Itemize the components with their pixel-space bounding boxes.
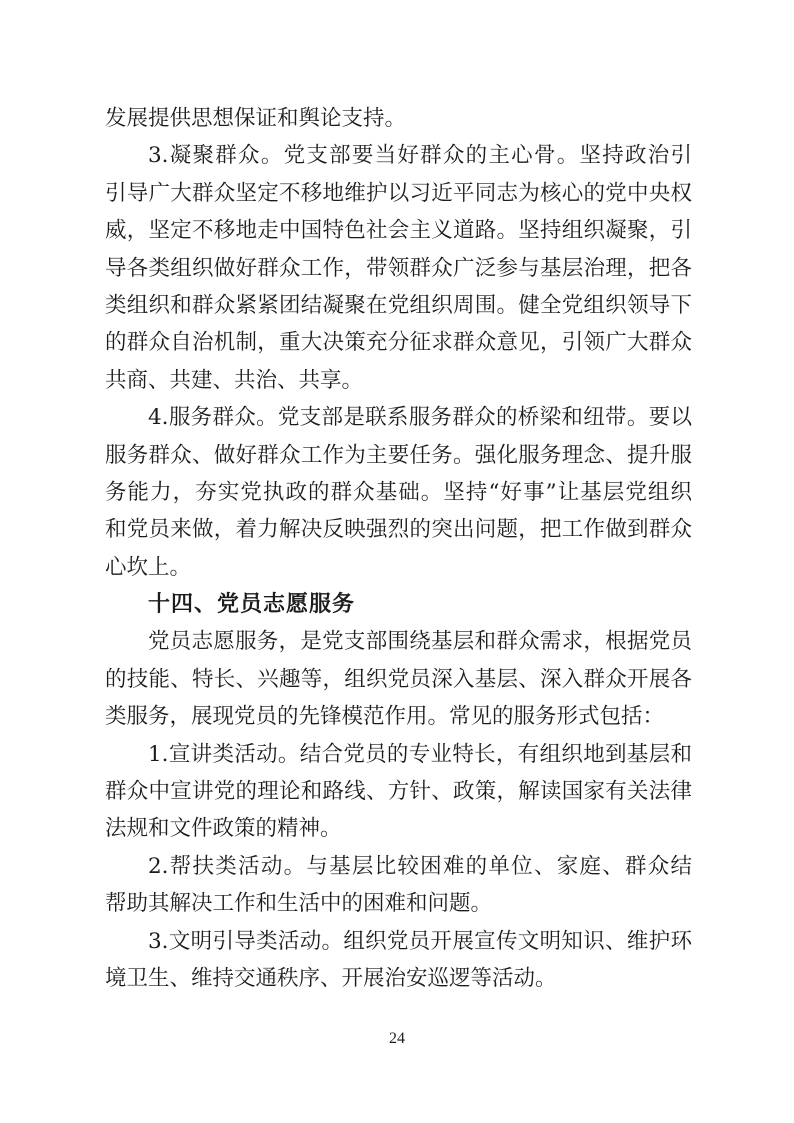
paragraph: 3.凝聚群众。党支部要当好群众的主心骨。坚持政治引领，引导广大群众坚定不移地维护…: [105, 137, 692, 399]
text-line: 发展提供思想保证和舆论支持。: [105, 100, 692, 137]
text-line: 3.文明引导类活动。组织党员开展宣传文明知识、维护环: [105, 923, 692, 960]
text-line: 类服务，展现党员的先锋模范作用。常见的服务形式包括：: [105, 698, 692, 735]
text-line: 2.帮扶类活动。与基层比较困难的单位、家庭、群众结对，: [105, 848, 692, 885]
section-heading: 十四、党员志愿服务: [105, 586, 692, 623]
text-line: 帮助其解决工作和生活中的困难和问题。: [105, 885, 692, 922]
paragraph: 2.帮扶类活动。与基层比较困难的单位、家庭、群众结对，帮助其解决工作和生活中的困…: [105, 848, 692, 923]
paragraph: 1.宣讲类活动。结合党员的专业特长，有组织地到基层和群众中宣讲党的理论和路线、方…: [105, 736, 692, 848]
document-page: 发展提供思想保证和舆论支持。3.凝聚群众。党支部要当好群众的主心骨。坚持政治引领…: [0, 0, 794, 1123]
text-line: 引导广大群众坚定不移地维护以习近平同志为核心的党中央权: [105, 175, 692, 212]
text-line: 类组织和群众紧紧团结凝聚在党组织周围。健全党组织领导下: [105, 287, 692, 324]
paragraph: 3.文明引导类活动。组织党员开展宣传文明知识、维护环境卫生、维持交通秩序、开展治…: [105, 923, 692, 998]
text-line: 心坎上。: [105, 549, 692, 586]
text-line: 法规和文件政策的精神。: [105, 810, 692, 847]
text-line: 导各类组织做好群众工作，带领群众广泛参与基层治理，把各: [105, 250, 692, 287]
paragraph: 党员志愿服务，是党支部围绕基层和群众需求，根据党员的技能、特长、兴趣等，组织党员…: [105, 623, 692, 735]
text-line: 党员志愿服务，是党支部围绕基层和群众需求，根据党员: [105, 623, 692, 660]
text-line: 十四、党员志愿服务: [105, 586, 692, 623]
page-footer: 24: [0, 1030, 794, 1048]
text-line: 威，坚定不移地走中国特色社会主义道路。坚持组织凝聚，引: [105, 212, 692, 249]
text-line: 和党员来做，着力解决反映强烈的突出问题，把工作做到群众: [105, 511, 692, 548]
text-line: 1.宣讲类活动。结合党员的专业特长，有组织地到基层和: [105, 736, 692, 773]
text-line: 群众中宣讲党的理论和路线、方针、政策，解读国家有关法律: [105, 773, 692, 810]
text-line: 的技能、特长、兴趣等，组织党员深入基层、深入群众开展各: [105, 661, 692, 698]
paragraph: 4.服务群众。党支部是联系服务群众的桥梁和纽带。要以服务群众、做好群众工作为主要…: [105, 399, 692, 586]
text-line: 共商、共建、共治、共享。: [105, 362, 692, 399]
text-line: 的群众自治机制，重大决策充分征求群众意见，引领广大群众: [105, 324, 692, 361]
text-line: 务能力，夯实党执政的群众基础。坚持“好事”让基层党组织: [105, 474, 692, 511]
text-line: 4.服务群众。党支部是联系服务群众的桥梁和纽带。要以: [105, 399, 692, 436]
document-body: 发展提供思想保证和舆论支持。3.凝聚群众。党支部要当好群众的主心骨。坚持政治引领…: [105, 100, 692, 997]
text-line: 境卫生、维持交通秩序、开展治安巡逻等活动。: [105, 960, 692, 997]
text-line: 服务群众、做好群众工作为主要任务。强化服务理念、提升服: [105, 437, 692, 474]
paragraph: 发展提供思想保证和舆论支持。: [105, 100, 692, 137]
page-number: 24: [389, 1030, 405, 1047]
text-line: 3.凝聚群众。党支部要当好群众的主心骨。坚持政治引领，: [105, 137, 692, 174]
